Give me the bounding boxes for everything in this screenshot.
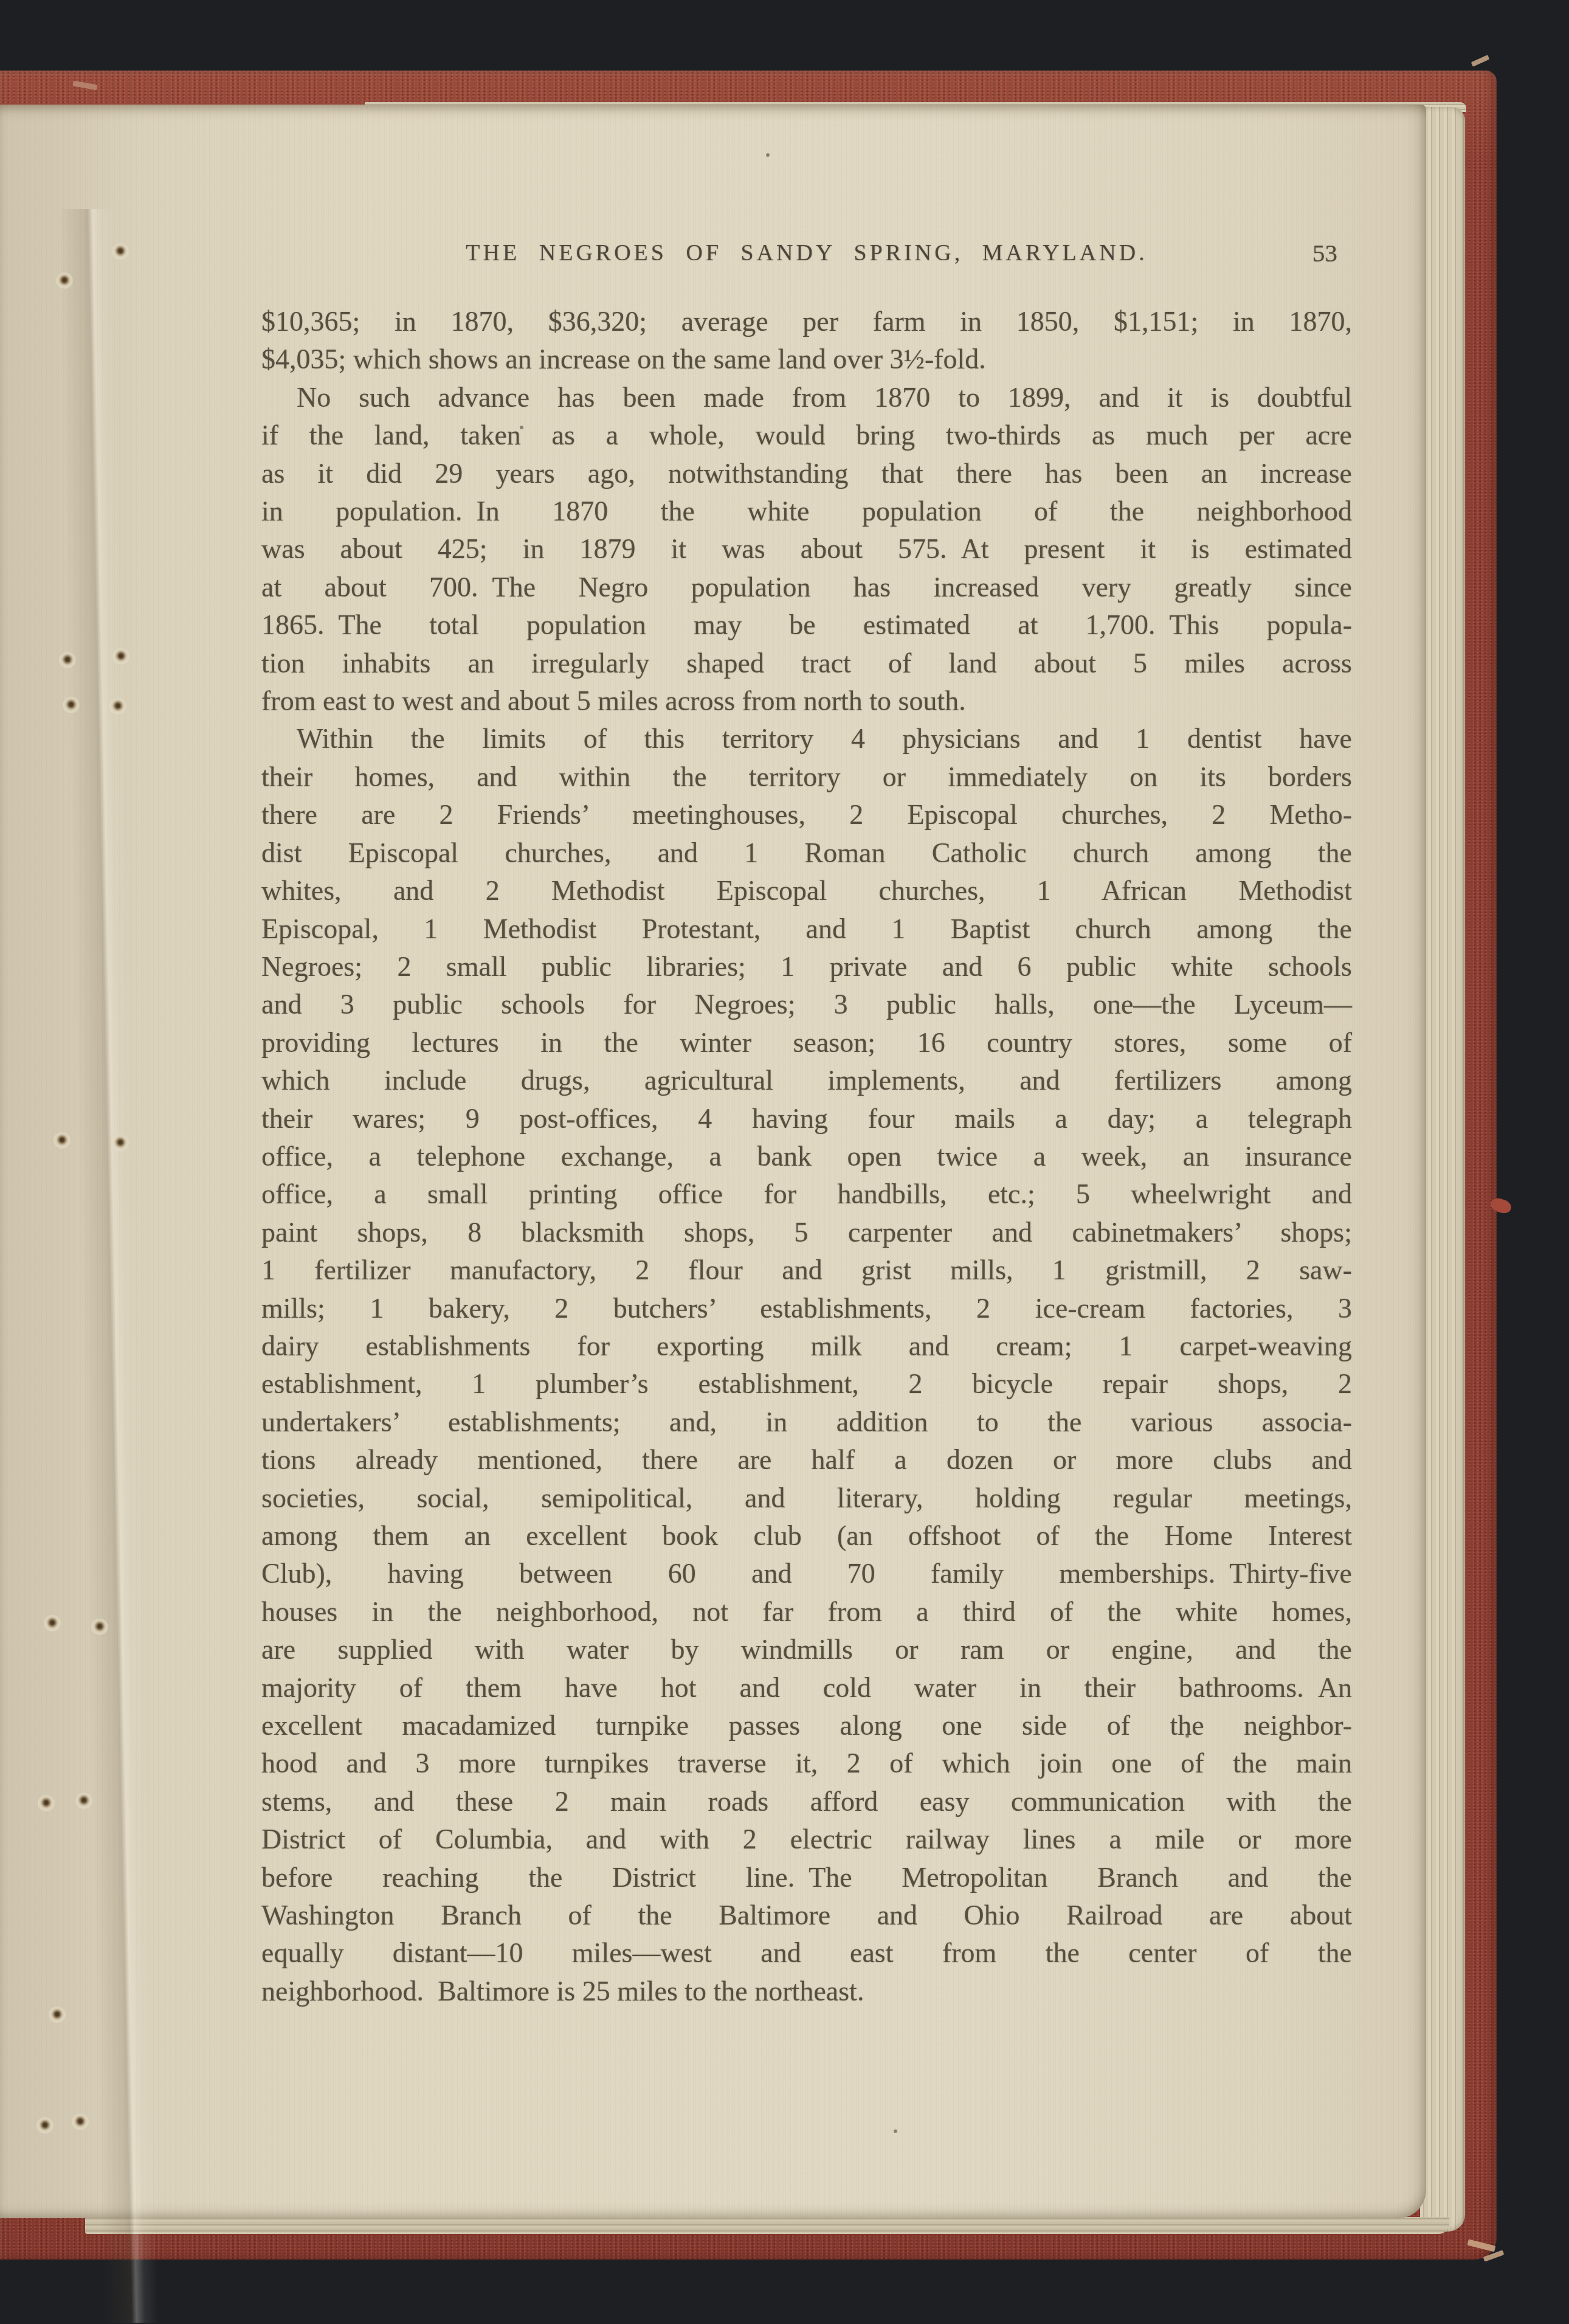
text-line: office, a small printing office for hand…: [261, 1175, 1352, 1213]
printed-text-column: THE NEGROES OF SANDY SPRING, MARYLAND. 5…: [261, 0, 1352, 2324]
text-line: equally distant—10 miles—west and east f…: [261, 1934, 1352, 1972]
text-line: paint shops, 8 blacksmith shops, 5 carpe…: [261, 1214, 1352, 1251]
text-line: 1 fertilizer manufactory, 2 flour and gr…: [261, 1251, 1352, 1289]
text-line: Within the limits of this territory 4 ph…: [261, 720, 1352, 758]
text-line: providing lectures in the winter season;…: [261, 1024, 1352, 1062]
body-text: $10,365; in 1870, $36,320; average per f…: [261, 303, 1352, 2010]
text-line: establishment, 1 plumber’s establishment…: [261, 1365, 1352, 1403]
stitch-hole: [53, 1132, 71, 1149]
text-line: excellent macadamized turnpike passes al…: [261, 1707, 1352, 1745]
stitch-hole: [72, 2114, 89, 2131]
cover-fray-top-right: [1471, 55, 1490, 67]
text-line: in population. In 1870 the white populat…: [261, 493, 1352, 530]
text-line: mills; 1 bakery, 2 butchers’ establishme…: [261, 1290, 1352, 1327]
text-line: there are 2 Friends’ meetinghouses, 2 Ep…: [261, 796, 1352, 834]
text-line: dairy establishments for exporting milk …: [261, 1327, 1352, 1365]
stitch-hole: [38, 1795, 55, 1812]
stitch-hole: [91, 1619, 108, 1636]
stitch-hole: [49, 2007, 66, 2024]
text-line: hood and 3 more turnpikes traverse it, 2…: [261, 1745, 1352, 1782]
text-line: at about 700. The Negro population has i…: [261, 569, 1352, 606]
text-line: whites, and 2 Methodist Episcopal church…: [261, 872, 1352, 910]
text-line: undertakers’ establishments; and, in add…: [261, 1403, 1352, 1441]
stitch-hole: [109, 698, 126, 715]
text-line: tions already mentioned, there are half …: [261, 1441, 1352, 1479]
text-line: $4,035; which shows an increase on the s…: [261, 341, 1352, 378]
text-line: Episcopal, 1 Methodist Protestant, and 1…: [261, 910, 1352, 948]
running-head-title: THE NEGROES OF SANDY SPRING, MARYLAND.: [261, 240, 1352, 266]
text-line: and 3 public schools for Negroes; 3 publ…: [261, 986, 1352, 1023]
text-line: No such advance has been made from 1870 …: [261, 379, 1352, 417]
text-line: Club), having between 60 and 70 family m…: [261, 1555, 1352, 1593]
text-line: stems, and these 2 main roads afford eas…: [261, 1783, 1352, 1821]
text-line: dist Episcopal churches, and 1 Roman Cat…: [261, 834, 1352, 872]
text-line: are supplied with water by windmills or …: [261, 1631, 1352, 1669]
page-number: 53: [1312, 238, 1337, 268]
stitch-hole: [44, 1615, 61, 1632]
text-line: $10,365; in 1870, $36,320; average per f…: [261, 303, 1352, 341]
text-line: office, a telephone exchange, a bank ope…: [261, 1138, 1352, 1175]
stitch-hole: [36, 2117, 53, 2134]
text-line: 1865. The total population may be estima…: [261, 606, 1352, 644]
stitch-hole: [112, 243, 129, 260]
text-line: before reaching the District line. The M…: [261, 1859, 1352, 1897]
stitch-hole: [112, 648, 129, 665]
stitch-hole: [112, 1135, 129, 1152]
text-line: neighborhood. Baltimore is 25 miles to t…: [261, 1973, 1352, 2010]
stitch-hole: [63, 697, 80, 714]
text-line: majority of them have hot and cold water…: [261, 1669, 1352, 1707]
stitch-hole: [59, 652, 76, 669]
text-line: District of Columbia, and with 2 electri…: [261, 1821, 1352, 1858]
text-line: tion inhabits an irregularly shaped trac…: [261, 645, 1352, 682]
running-head: THE NEGROES OF SANDY SPRING, MARYLAND. 5…: [261, 240, 1352, 271]
text-line: which include drugs, agricultural implem…: [261, 1062, 1352, 1099]
stitch-hole: [75, 1793, 92, 1810]
text-line: their homes, and within the territory or…: [261, 758, 1352, 796]
text-line: from east to west and about 5 miles acro…: [261, 682, 1352, 720]
stitch-hole: [56, 272, 73, 289]
book-scan-photo: THE NEGROES OF SANDY SPRING, MARYLAND. 5…: [0, 0, 1569, 2324]
text-line: their wares; 9 post-offices, 4 having fo…: [261, 1100, 1352, 1138]
gutter-fold-crease: [58, 209, 170, 2323]
text-line: was about 425; in 1879 it was about 575.…: [261, 530, 1352, 568]
page-edges-right: [1420, 107, 1465, 2232]
text-line: Washington Branch of the Baltimore and O…: [261, 1897, 1352, 1934]
text-line: Negroes; 2 small public libraries; 1 pri…: [261, 948, 1352, 986]
text-line: if the land, taken as a whole, would bri…: [261, 417, 1352, 454]
text-line: societies, social, semipolitical, and li…: [261, 1479, 1352, 1517]
text-line: among them an excellent book club (an of…: [261, 1517, 1352, 1555]
text-line: houses in the neighborhood, not far from…: [261, 1593, 1352, 1631]
text-line: as it did 29 years ago, notwithstanding …: [261, 455, 1352, 493]
